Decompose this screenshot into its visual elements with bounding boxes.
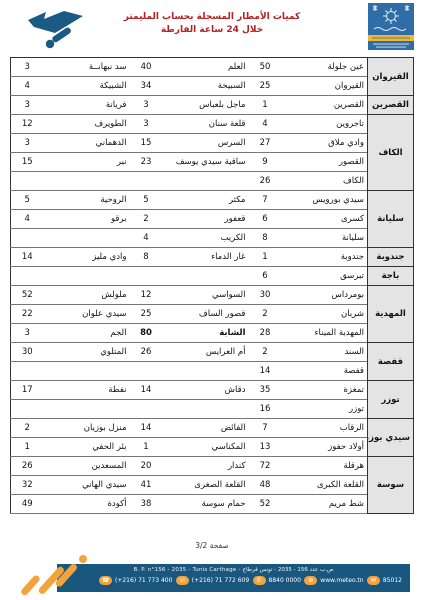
footer-contact-text: 8840 0000 [269,577,301,584]
station-name-cell: تمغزة [282,381,368,400]
rain-value-cell [130,362,163,381]
rain-value-cell: 14 [11,248,44,267]
rain-value-cell: 25 [130,305,163,324]
rain-value-cell: 2 [11,419,44,438]
station-name-cell: سليانة [282,229,368,248]
station-name-cell: سيدي الهاني [44,476,130,495]
rain-value-cell: 48 [249,476,282,495]
rain-value-cell: 23 [130,153,163,172]
table-row: قفصةالسند2أم العرايس26المتلوي30 [11,343,414,362]
rain-value-cell: 52 [249,495,282,514]
rain-value-cell: 26 [130,343,163,362]
header: كميات الأمطار المسجلة بحساب المليمتر خلا… [0,0,424,57]
rain-value-cell: 17 [11,381,44,400]
rain-value-cell: 5 [11,191,44,210]
station-name-cell: الرقاب [282,419,368,438]
station-name-cell: قصور الساف [163,305,249,324]
table-row: توزر16 [11,400,414,419]
station-name-cell: كندار [163,457,249,476]
rain-value-cell: 4 [11,210,44,229]
rain-value-cell: 72 [249,457,282,476]
station-name-cell: العلم [163,58,249,77]
station-name-cell: شربان [282,305,368,324]
footer-stripes-icon [16,552,100,598]
rain-value-cell: 6 [249,267,282,286]
rain-value-cell: 32 [11,476,44,495]
station-name-cell: الفائض [163,419,249,438]
rain-value-cell: 16 [249,400,282,419]
rain-value-cell [11,362,44,381]
governorate-cell: المهدية [368,286,414,343]
rain-value-cell [11,172,44,191]
station-name-cell [44,172,130,191]
rain-value-cell: 38 [130,495,163,514]
footer-contacts: ☎ (+216) 71 773 400 ☏ (+216) 71 772 609 … [99,576,402,585]
rain-value-cell: 4 [249,115,282,134]
governorate-cell: سوسة [368,457,414,514]
governorate-cell: سيدي بوزيد [368,419,414,457]
footer: B. P. n°156 - 2035 - Tunis Carthage - ص.… [0,550,424,600]
bulletin-title: كميات الأمطار المسجلة بحساب المليمتر خلا… [0,11,424,37]
station-name-cell: تاجروين [282,115,368,134]
rain-value-cell: 12 [130,286,163,305]
footer-contact-item: ✆ 8840 0000 [253,576,301,585]
governorate-cell: الكاف [368,115,414,191]
rain-value-cell: 80 [130,324,163,343]
station-name-cell: برقو [44,210,130,229]
station-name-cell: أم العرايس [163,343,249,362]
station-name-cell: منزل بوزيان [44,419,130,438]
rain-value-cell: 1 [249,96,282,115]
rainfall-table-body: القيروانعين جلولة50العلم40سد نبهانــة3ال… [11,58,414,514]
station-name-cell: ملولش [44,286,130,305]
station-name-cell: أكودة [44,495,130,514]
rain-value-cell: 3 [11,96,44,115]
rain-value-cell: 1 [249,248,282,267]
station-name-cell: السبيخة [163,77,249,96]
station-name-cell: الشبيكة [44,77,130,96]
station-name-cell: الكاف [282,172,368,191]
station-name-cell: كسرى [282,210,368,229]
rain-value-cell: 40 [130,58,163,77]
footer-contact-text: 85012 [383,577,402,584]
rainfall-bulletin-page: كميات الأمطار المسجلة بحساب المليمتر خلا… [0,0,424,600]
rain-value-cell: 1 [130,438,163,457]
rain-value-cell: 8 [249,229,282,248]
rain-value-cell: 25 [249,77,282,96]
station-name-cell: فريانة [44,96,130,115]
station-name-cell: الطويرف [44,115,130,134]
station-name-cell: الدهماني [44,134,130,153]
station-name-cell: السند [282,343,368,362]
station-name-cell: الشابة [163,324,249,343]
station-name-cell: القلعة الصغرى [163,476,249,495]
station-name-cell: توزر [282,400,368,419]
station-name-cell: شط مريم [282,495,368,514]
table-row: القصرينالقصرين1ماجل بلعباس3فريانة3 [11,96,414,115]
rain-value-cell: 15 [11,153,44,172]
rain-value-cell: 27 [249,134,282,153]
table-row: القصور9ساقية سيدي يوسف23نبر15 [11,153,414,172]
station-name-cell: المهدية الميناء [282,324,368,343]
rain-value-cell: 9 [249,153,282,172]
page-number: صفحة 3/2 [0,541,424,550]
table-row: جندوبةجندوبة1غار الدماء8وادي مليز14 [11,248,414,267]
station-name-cell: سيدي بورويس [282,191,368,210]
footer-contact-item: ☏ (+216) 71 772 609 [176,576,249,585]
station-name-cell: الجم [44,324,130,343]
station-name-cell: قفصة [282,362,368,381]
rain-value-cell: 1 [11,438,44,457]
rain-value-cell: 22 [11,305,44,324]
station-name-cell: نبر [44,153,130,172]
rain-value-cell: 14 [249,362,282,381]
station-name-cell: وادي مليز [44,248,130,267]
station-name-cell: الروحية [44,191,130,210]
station-name-cell: القصرين [282,96,368,115]
table-row: سليانة8الكريب4 [11,229,414,248]
rain-value-cell: 5 [130,191,163,210]
station-name-cell: هرقلة [282,457,368,476]
station-name-cell: دقاش [163,381,249,400]
station-name-cell: سيدي علوان [44,305,130,324]
station-name-cell: بئر الحفي [44,438,130,457]
table-row: أولاد حفوز13المكناسي1بئر الحفي1 [11,438,414,457]
table-row: سيدي بوزيدالرقاب7الفائض14منزل بوزيان2 [11,419,414,438]
rain-value-cell: 20 [130,457,163,476]
table-row: المهديةبومرداس30السواسي12ملولش52 [11,286,414,305]
footer-band: B. P. n°156 - 2035 - Tunis Carthage - ص.… [57,564,410,592]
table-row: شربان2قصور الساف25سيدي علوان22 [11,305,414,324]
table-row: سليانةسيدي بورويس7مكثر5الروحية5 [11,191,414,210]
station-name-cell: قعفور [163,210,249,229]
station-name-cell: نفطة [44,381,130,400]
station-name-cell: بومرداس [282,286,368,305]
rain-value-cell: 35 [249,381,282,400]
footer-contact-item: ✉ 85012 [367,576,402,585]
station-name-cell: أولاد حفوز [282,438,368,457]
station-name-cell: السواسي [163,286,249,305]
footer-contact-item: ☎ (+216) 71 773 400 [99,576,172,585]
footer-contact-item: ⊕ www.meteo.tn [304,576,363,585]
station-name-cell: المتلوي [44,343,130,362]
rain-value-cell: 30 [11,343,44,362]
table-row: قفصة14 [11,362,414,381]
governorate-cell: جندوبة [368,248,414,267]
rain-value-cell [130,267,163,286]
station-name-cell: القلعة الكبرى [282,476,368,495]
table-row: توزرتمغزة35دقاش14نفطة17 [11,381,414,400]
rain-value-cell: 30 [249,286,282,305]
station-name-cell: جندوبة [282,248,368,267]
rain-value-cell: 26 [11,457,44,476]
table-row: القلعة الكبرى48القلعة الصغرى41سيدي الهان… [11,476,414,495]
footer-contact-text: (+216) 71 773 400 [115,577,172,584]
station-name-cell [44,400,130,419]
station-name-cell: غار الدماء [163,248,249,267]
rain-value-cell: 2 [130,210,163,229]
governorate-cell: القيروان [368,58,414,96]
station-name-cell [163,172,249,191]
station-name-cell [44,229,130,248]
bulletin-title-line2: خلال 24 ساعة الفارطة [0,24,424,37]
station-name-cell: سد نبهانــة [44,58,130,77]
rain-value-cell [130,400,163,419]
rain-value-cell: 2 [249,343,282,362]
rain-value-cell: 14 [130,419,163,438]
station-name-cell: المسعدين [44,457,130,476]
station-name-cell [44,267,130,286]
governorate-cell: سليانة [368,191,414,248]
footer-contact-text: www.meteo.tn [320,577,363,584]
table-row: وادي ملاق27السرس15الدهماني3 [11,134,414,153]
footer-address: B. P. n°156 - 2035 - Tunis Carthage - ص.… [57,567,410,573]
rain-value-cell: 3 [11,324,44,343]
inm-emblem-icon [368,3,414,51]
table-row: سوسةهرقلة72كندار20المسعدين26 [11,457,414,476]
fax-icon: ☏ [176,576,189,585]
station-name-cell [163,400,249,419]
governorate-cell: القصرين [368,96,414,115]
rain-value-cell: 6 [249,210,282,229]
rainfall-table: القيروانعين جلولة50العلم40سد نبهانــة3ال… [10,57,414,514]
rain-value-cell: 26 [249,172,282,191]
rain-value-cell: 2 [249,305,282,324]
table-row: المهدية الميناء28الشابة80الجم3 [11,324,414,343]
mail-icon: ✉ [367,576,380,585]
governorate-cell: قفصة [368,343,414,381]
rain-value-cell: 7 [249,419,282,438]
bulletin-title-line1: كميات الأمطار المسجلة بحساب المليمتر [0,11,424,24]
station-name-cell: حمام سوسة [163,495,249,514]
rain-value-cell: 50 [249,58,282,77]
phone-icon: ☎ [99,576,112,585]
rain-value-cell: 13 [249,438,282,457]
footer-contact-text: (+216) 71 772 609 [192,577,249,584]
station-name-cell: القصور [282,153,368,172]
table-row: شط مريم52حمام سوسة38أكودة49 [11,495,414,514]
station-name-cell: القيروان [282,77,368,96]
rain-value-cell [130,172,163,191]
station-name-cell: السرس [163,134,249,153]
station-name-cell: قلعة سنان [163,115,249,134]
station-name-cell: المكناسي [163,438,249,457]
station-name-cell: ساقية سيدي يوسف [163,153,249,172]
rain-value-cell: 52 [11,286,44,305]
rain-value-cell [11,267,44,286]
rain-value-cell: 14 [130,381,163,400]
rain-value-cell: 12 [11,115,44,134]
station-name-cell [163,362,249,381]
station-name-cell [163,267,249,286]
table-row: الكافتاجروين4قلعة سنان3الطويرف12 [11,115,414,134]
rain-value-cell [11,400,44,419]
rain-value-cell: 15 [130,134,163,153]
station-name-cell: الكريب [163,229,249,248]
rain-value-cell: 4 [11,77,44,96]
rain-value-cell: 41 [130,476,163,495]
rain-value-cell: 3 [130,115,163,134]
rain-value-cell: 7 [249,191,282,210]
station-name-cell: مكثر [163,191,249,210]
station-name-cell: تبرسق [282,267,368,286]
station-name-cell: عين جلولة [282,58,368,77]
handset-icon: ✆ [253,576,266,585]
rain-value-cell [11,229,44,248]
station-name-cell [44,362,130,381]
governorate-cell: باجة [368,267,414,286]
rain-value-cell: 28 [249,324,282,343]
table-row: الكاف26 [11,172,414,191]
table-row: باجةتبرسق6 [11,267,414,286]
rain-value-cell: 49 [11,495,44,514]
table-row: كسرى6قعفور2برقو4 [11,210,414,229]
table-row: القيروان25السبيخة34الشبيكة4 [11,77,414,96]
governorate-cell: توزر [368,381,414,419]
globe-icon: ⊕ [304,576,317,585]
table-row: القيروانعين جلولة50العلم40سد نبهانــة3 [11,58,414,77]
rain-value-cell: 3 [11,134,44,153]
rain-value-cell: 3 [11,58,44,77]
rain-value-cell: 8 [130,248,163,267]
station-name-cell: ماجل بلعباس [163,96,249,115]
rain-value-cell: 3 [130,96,163,115]
station-name-cell: وادي ملاق [282,134,368,153]
rain-value-cell: 4 [130,229,163,248]
rain-value-cell: 34 [130,77,163,96]
